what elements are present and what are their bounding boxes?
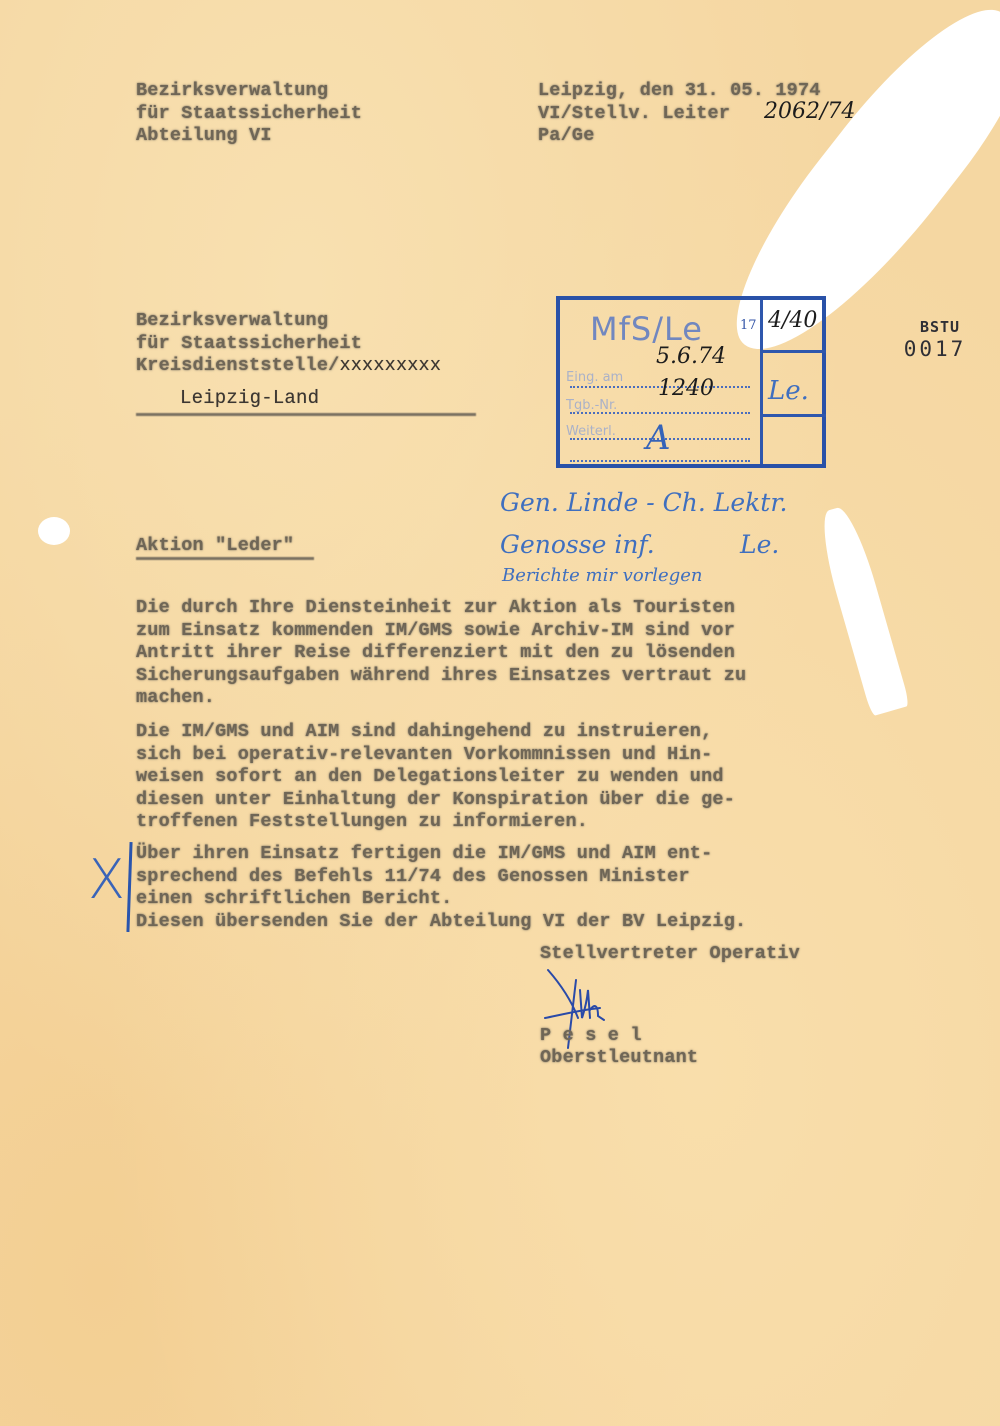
stamp-label: Weiterl. bbox=[566, 424, 616, 439]
stamp-dotted-line bbox=[570, 460, 750, 462]
body-line: zum Einsatz kommenden IM/GMS sowie Archi… bbox=[136, 620, 746, 643]
paragraph-1: Die durch Ihre Diensteinheit zur Aktion … bbox=[136, 597, 746, 710]
stamp-divider bbox=[763, 350, 826, 353]
body-line: Diesen übersenden Sie der Abteilung VI d… bbox=[136, 911, 746, 934]
handwritten-number: 2062/74 bbox=[764, 99, 855, 124]
paragraph-3: Über ihren Einsatz fertigen die IM/GMS u… bbox=[136, 843, 746, 933]
archive-stamp: BSTU 0017 bbox=[905, 318, 975, 361]
handwritten-date: 5.6.74 bbox=[656, 344, 726, 369]
stamp-divider bbox=[763, 414, 826, 417]
stamp-label: Eing. am bbox=[566, 370, 623, 385]
initials: Pa/Ge bbox=[538, 125, 821, 148]
recipient-line: Bezirksverwaltung bbox=[136, 310, 441, 333]
stamp-right-top: 4/40 bbox=[768, 308, 817, 333]
handwritten-note-signature: Le. bbox=[740, 530, 779, 559]
handwritten-note-line: Genosse inf. bbox=[500, 530, 655, 559]
stamp-divider bbox=[760, 300, 763, 464]
sender-line: Bezirksverwaltung bbox=[136, 80, 362, 103]
location-underline bbox=[136, 413, 476, 416]
body-line: Über ihren Einsatz fertigen die IM/GMS u… bbox=[136, 843, 746, 866]
document-page: Bezirksverwaltungfür StaatssicherheitAbt… bbox=[0, 0, 1000, 1426]
stamp-title: MfS/Le bbox=[590, 310, 703, 348]
recipient-block: Bezirksverwaltungfür StaatssicherheitKre… bbox=[136, 310, 441, 378]
stamp-number: 17 bbox=[740, 318, 757, 333]
struck-text: xxxxxxxxx bbox=[339, 355, 441, 376]
handwritten-initial: A bbox=[646, 418, 671, 458]
body-line: diesen unter Einhaltung der Konspiration… bbox=[136, 789, 735, 812]
body-line: weisen sofort an den Delegationsleiter z… bbox=[136, 766, 735, 789]
closing-rank: Oberstleutnant bbox=[540, 1047, 698, 1070]
paragraph-2: Die IM/GMS und AIM sind dahingehend zu i… bbox=[136, 721, 735, 834]
punch-hole bbox=[38, 517, 70, 545]
body-line: machen. bbox=[136, 687, 746, 710]
stamp-label: Tgb.-Nr. bbox=[566, 398, 617, 413]
receipt-stamp: MfS/Le 17 Eing. am Tgb.-Nr. Weiterl. 5.6… bbox=[556, 296, 826, 468]
stamp-right-mid: Le. bbox=[768, 376, 809, 406]
margin-mark: X bbox=[88, 848, 125, 911]
body-line: Antritt ihrer Reise differenziert mit de… bbox=[136, 642, 746, 665]
closing-name: P e s e l bbox=[540, 1025, 642, 1048]
body-line: Sicherungsaufgaben während ihres Einsatz… bbox=[136, 665, 746, 688]
body-line: sprechend des Befehls 11/74 des Genossen… bbox=[136, 866, 746, 889]
sender-line: Abteilung VI bbox=[136, 125, 362, 148]
stamp-dotted-line bbox=[570, 412, 750, 414]
body-line: einen schriftlichen Bericht. bbox=[136, 888, 746, 911]
handwritten-note-line: Gen. Linde - Ch. Lektr. bbox=[500, 488, 787, 517]
sender-line: für Staatssicherheit bbox=[136, 103, 362, 126]
torn-edge bbox=[814, 504, 910, 717]
recipient-line: für Staatssicherheit bbox=[136, 333, 441, 356]
subject: Aktion "Leder" bbox=[136, 535, 294, 558]
recipient-line: Kreisdienststelle/xxxxxxxxx bbox=[136, 355, 441, 378]
recipient-location: Leipzig-Land bbox=[180, 387, 319, 410]
archive-label: BSTU bbox=[905, 318, 975, 336]
sender-block: Bezirksverwaltungfür StaatssicherheitAbt… bbox=[136, 80, 362, 148]
body-line: Die durch Ihre Diensteinheit zur Aktion … bbox=[136, 597, 746, 620]
archive-page-number: 0017 bbox=[895, 337, 975, 361]
subject-underline bbox=[136, 557, 314, 560]
body-line: Die IM/GMS und AIM sind dahingehend zu i… bbox=[136, 721, 735, 744]
body-line: sich bei operativ-relevanten Vorkommniss… bbox=[136, 744, 735, 767]
margin-bar bbox=[126, 842, 132, 932]
recipient-unit: Kreisdienststelle/ bbox=[136, 355, 339, 376]
body-line: troffenen Feststellungen zu informieren. bbox=[136, 811, 735, 834]
handwritten-time: 1240 bbox=[658, 376, 714, 401]
handwritten-note-line: Berichte mir vorlegen bbox=[502, 565, 702, 586]
